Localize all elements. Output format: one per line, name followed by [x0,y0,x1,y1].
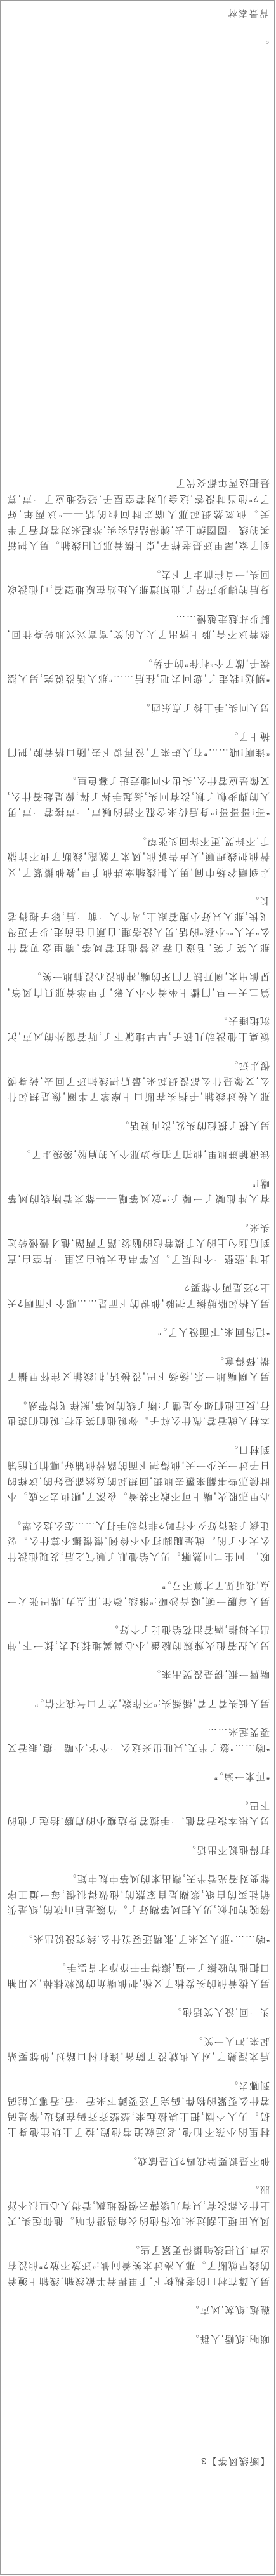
story-paragraph: 男人根本没看着他,一手揽着身边瘦小的肩膀,抬起了他的下巴。 [6,1798,270,1829]
story-paragraph: 第二天一早,门槛上坐着个小人影,手里举着那只白风筝,见他出来,咧开缺了门牙的嘴,… [6,968,270,999]
story-paragraph: “再来一遍。” [6,1768,270,1784]
story-paragraph: 唉,一回生二回熟嘛。男人给他顺了顺气之后,发现他没什么大不了的。就是腿脚打小不伶… [6,1518,270,1565]
story-title: 【断线风筝】3 [6,2453,270,2469]
story-paragraph: “记得回来,下面没人了。” [6,1324,270,1340]
story-paragraph: 村里的小孩不怕他,老远就追着他跑,捡了土块往他身上扔。男人不恼,把土块捡起来,整… [6,2078,270,2140]
story-paragraph: 铁锹插进地里,他拍了拍身边那个人的肩膀,缓缓走了。 [6,1146,270,1162]
document-content: 【断线风筝】3 唢呐,纸幡,人群。鞭炮,纸灰,风声。男人蹲在村口的老槐树下,手里… [6,1,270,2575]
story-paragraph: “谁啊!哦……”有人进来了,没再说下去,随口搭着腔,把门掩上了。 [6,728,270,759]
story-paragraph: 唢呐,纸幡,人群。 [6,2331,270,2347]
story-paragraph: “哥!哥哥哥!”身后传来含混不清的喊声,一声接着一声,男人的脚步顿了顿,没有回头… [6,773,270,820]
story-paragraph: 傍晚的时候,男人把风筝糊好了。竹篾是后山砍的,纸是供销社买的白纸,浆糊是自家熬的… [6,1871,270,1918]
story-paragraph: 男人回头,手上拎了点东西。 [6,700,270,716]
section-divider-dashed-line [5,25,271,25]
story-paragraph: 男人抬起胳膊擦了把脸,他说的下面是……哪个下面啊?天上?还是两个都要? [6,1279,270,1311]
story-paragraph: 后来混熟了,对人也就没了防备,谁打村口路过,他都要站起来,冲人一笑。 [6,2033,270,2064]
story-paragraph: 那人接过线轴,手指头在断口上摩挲了半圈,像是想起什么,又像是什么都没想起来,最后… [6,1057,270,1104]
story-paragraph: 心里那股火,嘴上可不敢不装着。夜深了,哪也去不成。小时候那些事翻来覆去地想,回想… [6,1442,270,1504]
story-paragraph: 憋着这不舍,脸上挤出了大人的笑,高高兴兴地转身往回,脚步却越走越慢…… [6,611,270,642]
story-paragraph: “哟……”憋了半天,只吐出来这么一个字,小嘴一瘪,眼看又要哭起来…… [6,1724,270,1755]
story-paragraph: 打得他说不出话。 [6,1842,270,1858]
story-paragraph: “哟……”那人又来了,张嘴还要说什么,终究没说出来。 [6,1931,270,1947]
story-paragraph: 饭桌上他没动几筷子,早早地躺下了,听着窗外的风声,沉沉地睡去。 [6,1013,270,1044]
story-paragraph: “别送!我走了,您回去吧,往后……”那人话没说完,男人摆摆手,做了个“打住”的手… [6,655,270,686]
story-paragraph: 此时,整整一个时辰了。风筝串在大块白云里一片空白,直到后脑勺上的大手摸着他的脑袋… [6,1220,270,1267]
section-label-background-material: 背景素材 [227,7,269,20]
story-paragraph: 男人咧嘴地一乐,扬扬下巴,没接话,把线轴又往怀里揣了揣,怪得意。 [6,1353,270,1384]
story-paragraph: 嘴唇一抿,愣是没哭出来。 [6,1666,270,1682]
story-paragraph: 到了家,屋里还是老样子,桌上摆着那只旧线轴。男人把新买的线一圈圈缠上去,缠得结结… [6,475,270,553]
rotated-document: 【断线风筝】3 唢呐,纸幡,人群。鞭炮,纸灰,风声。男人蹲在村口的老槐树下,手里… [1,1,275,2575]
story-paragraph: 男人摸了摸他的头发,没再说话。 [6,1118,270,1133]
story-paragraph: 有人冲他喊了一嗓子:“放风筝嘞——都来看断线的风筝嘞!” [6,1175,270,1206]
trailing-period: 。 [260,40,269,50]
story-paragraph: 他不是说要陪我吗?只是做戏。 [6,2153,270,2169]
story-paragraph: 男人低头看了看,摇摇头:“不作数,差了口气我不信。” [6,1695,270,1711]
story-paragraph: 男人蹲在村口的老槐树下,手里捏着半截线轴,线轴上缠着的线早就断了。那人凑过来笑着… [6,2242,270,2289]
story-paragraph: 身后的脚步声停了,他知道那人还站在原地望着,可他没敢回头,一直往前走了下去。 [6,566,270,597]
story-paragraph: 头一回,没人笑话他。 [6,2004,270,2020]
story-paragraph: 本村人就看着,做什么样子。你说他们笑也行,说他们羡也行,反正他们如今是懂了:断了… [6,1398,270,1429]
story-paragraph: 鞭炮,纸灰,风声。 [6,2302,270,2318]
story-paragraph: 走到晒谷场中间,男人把线轴塞进他手里,教他攥紧了,又替他把线理顺,大声告诉他,风… [6,833,270,880]
story-paragraph: 风从田埂上刮过来,吹得他的衣角猎猎作响。他仰起头,天上什么都没有,只有几缕薄云慢… [6,2182,270,2229]
story-paragraph: 那人笑了笑,毛遂自荐要替他扛着风筝,嘴里念叨着什么“大人”“小孩”的话,男人没搭… [6,893,270,955]
screenshot-viewport: 【断线风筝】3 唢呐,纸幡,人群。鞭炮,纸灰,风声。男人蹲在村口的老槐树下,手里… [0,0,276,2576]
story-body: 唢呐,纸幡,人群。鞭炮,纸灰,风声。男人蹲在村口的老槐树下,手里捏着半截线轴,线… [6,475,270,2346]
document-page: 【断线风筝】3 唢呐,纸幡,人群。鞭炮,纸灰,风声。男人蹲在村口的老槐树下,手里… [0,0,275,2575]
story-paragraph: 男人捏着他火辣辣的脸蛋,小心翼翼地揉过去,揉一下,伸出大拇指,隔着泪花给他比了个… [6,1622,270,1653]
story-paragraph: 男人拢着他的头发梳了又梳,把他嘴角的饭粒抹掉,又用袖口把他的脸擦了一遍,擦得干干… [6,1959,270,1991]
story-paragraph: 男人弯腰一顿,嗓音沙哑:“继续,稳住,用点力,嘴巴张大一点,我听见了才算不亏。” [6,1577,270,1608]
